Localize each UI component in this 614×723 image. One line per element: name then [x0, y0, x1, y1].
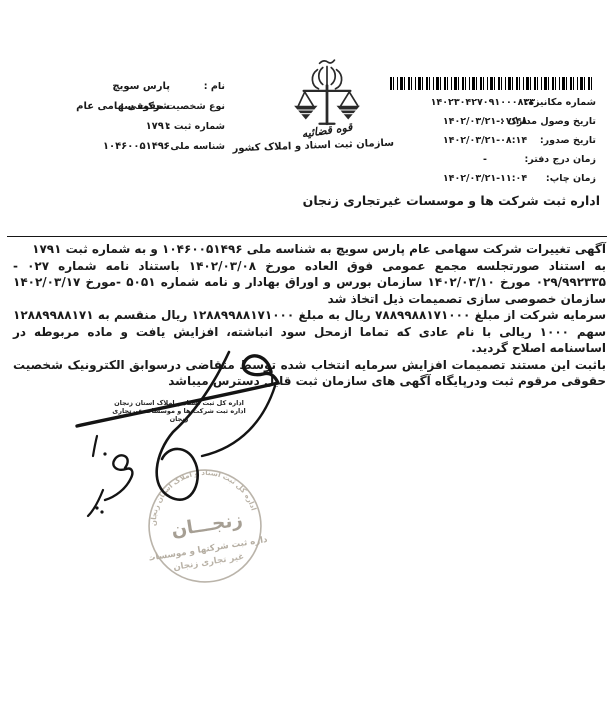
document-page: شماره مکانیزه: تاریخ وصول مدارک : تاریخ …: [0, 0, 614, 723]
meta-left-values: پارس سویچ شرکت سهامی عام ۱۷۹۱ ۱۰۴۶۰۰۵۱۴۹…: [76, 77, 170, 157]
meta-value: -: [435, 150, 535, 169]
registration-number: ۱۷۹۱: [76, 117, 170, 137]
body-paragraph: آگهی تغییرات شرکت سهامی عام پارس سویچ به…: [13, 241, 606, 258]
national-id: ۱۰۴۶۰۰۵۱۴۹۶: [76, 137, 170, 157]
signature-scribble: [55, 340, 317, 575]
company-name: پارس سویچ: [76, 77, 170, 97]
meta-value: ۱۴۰۲۳۰۴۲۷۰۹۱۰۰۰۸۳۳: [435, 93, 535, 112]
header-divider: [7, 236, 607, 237]
body-paragraph: به استناد صورتجلسه مجمع عمومی فوق العاده…: [13, 258, 606, 308]
judiciary-scales-icon: [288, 58, 366, 128]
legal-type: شرکت سهامی عام: [76, 97, 170, 117]
meta-value: ۱۴۰۲/۰۳/۲۱-۰۷:۴۸: [435, 112, 535, 131]
barcode: [390, 77, 594, 90]
page-title: اداره ثبت شرکت ها و موسسات غیرتجاری زنجا…: [303, 193, 600, 208]
meta-value: ۱۴۰۲/۰۳/۲۱-۰۸:۱۴: [435, 131, 535, 150]
meta-value: ۱۴۰۲/۰۳/۲۱-۱۱:۰۴: [435, 169, 535, 188]
registration-org-name: سازمان ثبت اسناد و املاک کشور: [258, 138, 394, 154]
meta-right-values: ۱۴۰۲۳۰۴۲۷۰۹۱۰۰۰۸۳۳ ۱۴۰۲/۰۳/۲۱-۰۷:۴۸ ۱۴۰۲…: [435, 93, 535, 188]
